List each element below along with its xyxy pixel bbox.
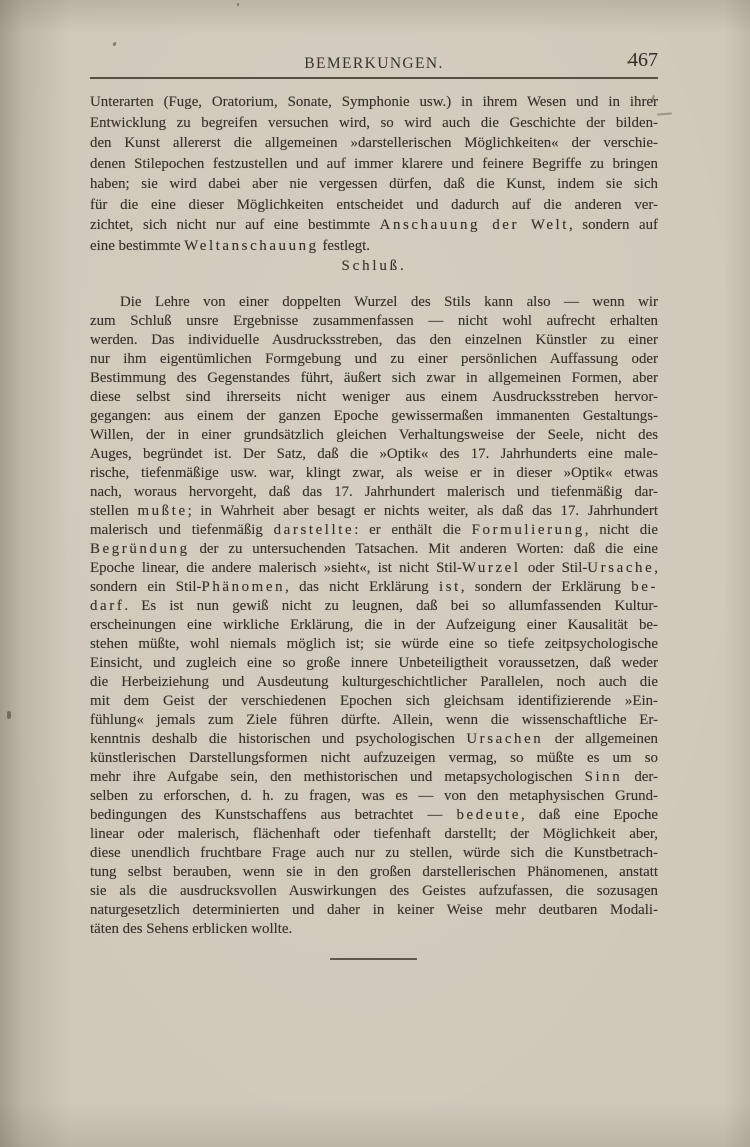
text-line: selben zu erforschen, d. h. zu fragen, w…	[90, 787, 658, 806]
text-line: Unterarten (Fuge, Oratorium, Sonate, Sym…	[90, 92, 658, 113]
paragraph-conclusion: Die Lehre von einer doppelten Wurzel des…	[90, 293, 658, 939]
text-line: eine bestimmte Weltanschauung festlegt.	[90, 236, 658, 257]
text-line: naturgesetzlich determinierten und daher…	[90, 901, 658, 920]
text-line: darf. Es ist nun gewiß nicht zu leugnen,…	[90, 597, 658, 616]
text-line: malerisch und tiefenmäßig darstellte: er…	[90, 521, 658, 540]
text-line: mit dem Geist der verschiedenen Epochen …	[90, 692, 658, 711]
text-line: gegangen: aus einem der ganzen Epoche ge…	[90, 407, 658, 426]
text-line: haben; sie wird dabei aber nie vergessen…	[90, 174, 658, 195]
text-line: werden. Das individuelle Ausdrucksstrebe…	[90, 331, 658, 350]
text-line: zum Schluß unsre Ergebnisse zusammenfass…	[90, 312, 658, 331]
end-of-section-rule	[330, 958, 417, 960]
text-line: Auges, begründet ist. Der Satz, daß die …	[90, 445, 658, 464]
scanned-book-page: BEMERKUNGEN. 467 Unterarten (Fuge, Orato…	[0, 0, 750, 1147]
text-line: nach, woraus hervorgeht, daß das 17. Jah…	[90, 483, 658, 502]
paper-speck	[7, 711, 11, 719]
paragraph-intro: Unterarten (Fuge, Oratorium, Sonate, Sym…	[90, 92, 658, 256]
text-line: zichtet, sich nicht nur auf eine bestimm…	[90, 215, 658, 236]
text-line: sie als die ausdrucksvollen Auswirkungen…	[90, 882, 658, 901]
text-line: stellen mußte; in Wahrheit aber besagt e…	[90, 502, 658, 521]
text-line: diese unendlich fruchtbare Frage auch nu…	[90, 844, 658, 863]
text-line: stehen müßte, wohl niemals möglich ist; …	[90, 635, 658, 654]
text-line: Willen, der in einer grundsätzlich gleic…	[90, 426, 658, 445]
text-line: diese selbst sind ihrerseits nicht wenig…	[90, 388, 658, 407]
text-line: für die eine dieser Möglichkeiten entsch…	[90, 195, 658, 216]
text-line: mehr ihre Aufgabe sein, den methistorisc…	[90, 768, 658, 787]
header-rule-divider	[90, 77, 658, 79]
text-line: erscheinungen eine wirkliche Erklärung, …	[90, 616, 658, 635]
text-line: Entwicklung zu begreifen versuchen wird,…	[90, 113, 658, 134]
page-number: 467	[628, 49, 658, 72]
text-line: tung selbst berauben, wenn sie in den gr…	[90, 863, 658, 882]
text-line: denen Stilepochen festzustellen und auf …	[90, 154, 658, 175]
text-line: Die Lehre von einer doppelten Wurzel des…	[90, 293, 658, 312]
text-line: nur ihm eigentümlichen Formgebung und zu…	[90, 350, 658, 369]
text-line: künstlerischen Darstellungsformen nicht …	[90, 749, 658, 768]
paper-speck	[112, 42, 117, 47]
text-line: bedingungen des Kunstschaffens aus betra…	[90, 806, 658, 825]
text-line: linear oder malerisch, flächenhaft oder …	[90, 825, 658, 844]
text-line: täten des Sehens erblicken wollte.	[90, 920, 658, 939]
text-line: rische, tiefenmäßige usw. war, klingt zw…	[90, 464, 658, 483]
paper-speck	[657, 112, 672, 115]
text-line: Epoche linear, die andere malerisch »sie…	[90, 559, 658, 578]
section-heading: Schluß.	[90, 258, 658, 275]
text-line: Einsicht, und zugleich eine so große inn…	[90, 654, 658, 673]
text-line: den Kunst allererst die allgemeinen »dar…	[90, 133, 658, 154]
text-line: Bestimmung des Gegenstandes führt, äußer…	[90, 369, 658, 388]
text-line: fühlung« jemals zum Ziele führen dürfte.…	[90, 711, 658, 730]
text-line: sondern ein Stil-Phänomen, das nicht Erk…	[90, 578, 658, 597]
text-line: die Herbeiziehung und Ausdeutung kulturg…	[90, 673, 658, 692]
paper-speck	[237, 3, 239, 6]
text-line: Begründung der zu untersuchenden Tatsach…	[90, 540, 658, 559]
text-line: kenntnis deshalb die historischen und ps…	[90, 730, 658, 749]
paper-speck	[627, 61, 630, 64]
running-header-title: BEMERKUNGEN.	[90, 55, 658, 73]
